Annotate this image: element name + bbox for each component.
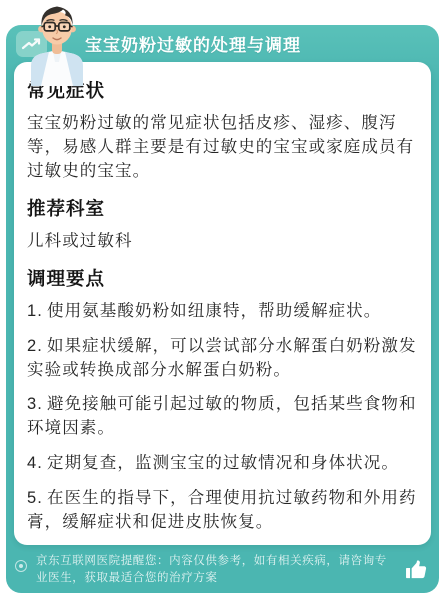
trend-chart-icon	[16, 31, 47, 57]
teal-frame: 宝宝奶粉过敏的处理与调理 常见症状 宝宝奶粉过敏的常见症状包括皮疹、湿疹、腹泻等…	[6, 25, 439, 593]
list-item-number: 2.	[27, 337, 43, 355]
list-item-text: 如果症状缓解，可以尝试部分水解蛋白奶粉激发实验或转换成部分水解蛋白奶粉。	[27, 337, 417, 379]
footer-disclaimer: 京东互联网医院提醒您：内容仅供参考，如有相关疾病，请咨询专业医生，获取最适合您的…	[36, 553, 393, 586]
page-title: 宝宝奶粉过敏的处理与调理	[85, 31, 301, 56]
header: 宝宝奶粉过敏的处理与调理	[6, 25, 439, 62]
target-circle-icon	[15, 560, 27, 572]
footer: 京东互联网医院提醒您：内容仅供参考，如有相关疾病，请咨询专业医生，获取最适合您的…	[6, 545, 439, 593]
section-heading-care: 调理要点	[27, 265, 418, 291]
list-item-text: 使用氨基酸奶粉如纽康特，帮助缓解症状。	[47, 302, 381, 320]
symptoms-body: 宝宝奶粉过敏的常见症状包括皮疹、湿疹、腹泻等，易感人群主要是有过敏史的宝宝或家庭…	[27, 112, 418, 184]
list-item: 2.如果症状缓解，可以尝试部分水解蛋白奶粉激发实验或转换成部分水解蛋白奶粉。	[27, 335, 418, 383]
list-item-text: 在医生的指导下，合理使用抗过敏药物和外用药膏，缓解症状和促进皮肤恢复。	[27, 489, 417, 531]
list-item-text: 定期复查，监测宝宝的过敏情况和身体状况。	[47, 454, 399, 472]
list-item-number: 1.	[27, 302, 43, 320]
section-heading-department: 推荐科室	[27, 195, 418, 221]
list-item: 3.避免接触可能引起过敏的物质，包括某些食物和环境因素。	[27, 393, 418, 441]
list-item-number: 4.	[27, 454, 43, 472]
department-body: 儿科或过敏科	[27, 230, 418, 254]
list-item-text: 避免接触可能引起过敏的物质，包括某些食物和环境因素。	[27, 395, 417, 437]
thumbs-up-icon[interactable]	[403, 557, 429, 583]
section-heading-symptoms: 常见症状	[27, 77, 418, 103]
list-item-number: 5.	[27, 489, 43, 507]
list-item-number: 3.	[27, 395, 43, 413]
list-item: 4.定期复查，监测宝宝的过敏情况和身体状况。	[27, 452, 418, 476]
content-card: 常见症状 宝宝奶粉过敏的常见症状包括皮疹、湿疹、腹泻等，易感人群主要是有过敏史的…	[14, 62, 431, 545]
list-item: 5.在医生的指导下，合理使用抗过敏药物和外用药膏，缓解症状和促进皮肤恢复。	[27, 487, 418, 535]
list-item: 1.使用氨基酸奶粉如纽康特，帮助缓解症状。	[27, 300, 418, 324]
poster: 宝宝奶粉过敏的处理与调理 常见症状 宝宝奶粉过敏的常见症状包括皮疹、湿疹、腹泻等…	[0, 0, 445, 600]
